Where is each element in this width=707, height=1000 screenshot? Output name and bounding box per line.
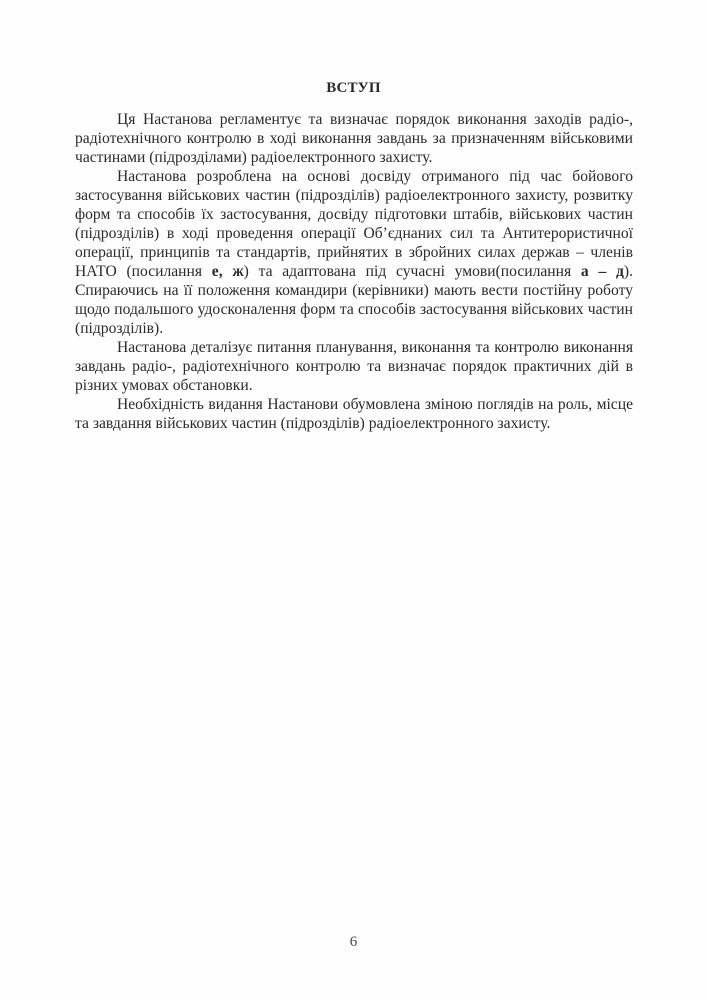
section-title: ВСТУП [0, 80, 707, 97]
paragraph-4: Необхідність видання Настанови обумовлен… [75, 395, 633, 433]
paragraph-2: Настанова розроблена на основі досвіду о… [75, 167, 633, 338]
document-page: ВСТУП Ця Настанова регламентує та визнач… [0, 0, 707, 1000]
reference-label: е, ж [212, 263, 244, 280]
body-text: Ця Настанова регламентує та визначає пор… [75, 110, 633, 433]
paragraph-1: Ця Настанова регламентує та визначає пор… [75, 110, 633, 167]
paragraph-3: Настанова деталізує питання планування, … [75, 338, 633, 395]
reference-label: а – д [581, 263, 624, 280]
page-number: 6 [0, 934, 707, 951]
